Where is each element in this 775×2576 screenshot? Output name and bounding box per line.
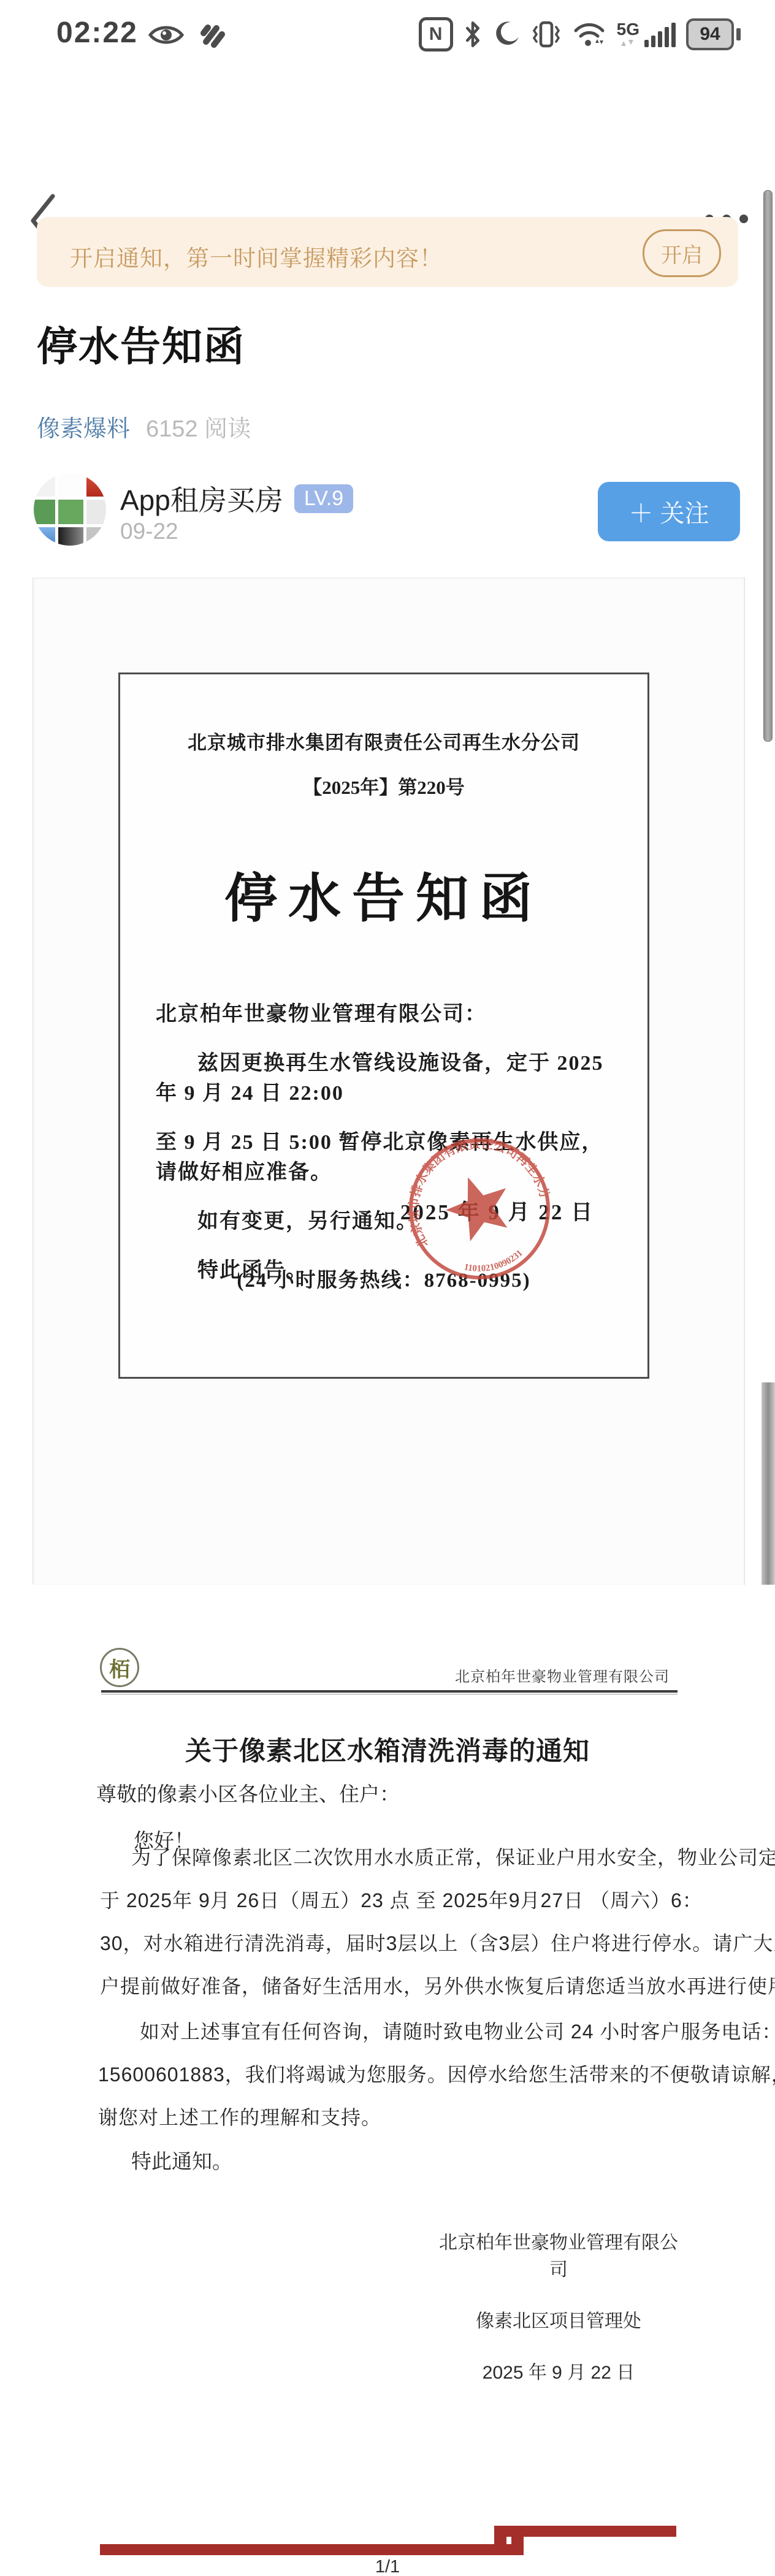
doc2-para-line: 户提前做好准备，储备好生活用水，另外供水恢复后请您适当放水再进行使用。 <box>100 1971 775 1999</box>
author-name[interactable]: App租房买房 <box>120 478 283 519</box>
notice-photo[interactable]: 北京城市排水集团有限责任公司再生水分公司 【2025年】第220号 停水告知函 … <box>32 577 745 1585</box>
clock: 02:22 <box>56 16 138 50</box>
read-count: 6152 阅读 <box>146 410 251 443</box>
property-logo: 栢 <box>100 1648 139 1687</box>
doc1-body-line: 兹因更换再生水管线设施设备，定于 2025 年 9 月 24 日 22:00 <box>156 1046 612 1106</box>
doc2-para-line: 为了保障像素北区二次饮用水水质正常，保证业户用水安全，物业公司定 <box>131 1842 775 1870</box>
level-badge: LV.9 <box>294 484 353 513</box>
signature-line: 2025 年 9 月 22 日 <box>439 2357 678 2384</box>
signature-block: 北京柏年世豪物业管理有限公司 像素北区项目管理处 2025 年 9 月 22 日 <box>439 2227 678 2409</box>
eye-protection-icon <box>148 23 184 47</box>
dot-icon <box>739 215 748 223</box>
doc2-closing: 特此通知。 <box>131 2146 232 2174</box>
health-heart-icon <box>197 22 226 48</box>
status-icons-left <box>148 22 226 48</box>
letterhead-rule <box>101 1690 678 1694</box>
signature-line: 像素北区项目管理处 <box>439 2306 678 2333</box>
doc2-para-line: 于 2025年 9月 26日（周五）23 点 至 2025年9月27日 （周六）… <box>100 1885 703 1913</box>
doc2-para-line: 30，对水箱进行清洗消毒，届时3层以上（含3层）住户将进行停水。请广大业 <box>100 1928 775 1956</box>
notification-banner: 开启通知，第一时间掌握精彩内容！ 开启 <box>37 217 738 287</box>
night-mode-moon-icon <box>492 20 521 48</box>
doc1-title: 停水告知函 <box>156 856 612 932</box>
letterhead-company: 北京柏年世豪物业管理有限公司 <box>455 1664 670 1686</box>
source-row: 像素爆料 6152 阅读 <box>37 410 251 443</box>
battery-indicator: 94 <box>686 18 741 50</box>
doc2-para-line: 如对上述事宜有任何咨询，请随时致电物业公司 24 小时客户服务电话： <box>140 2016 775 2044</box>
author-row: App租房买房 LV.9 <box>120 478 353 519</box>
doc2-para-line: 15600601883，我们将竭诚为您服务。因停水给您生活带来的不便敬请谅解，感 <box>98 2059 775 2087</box>
screen: 02:22 N <box>0 0 775 2576</box>
follow-button[interactable]: ＋ 关注 <box>598 482 740 541</box>
doc1-company-line: 北京城市排水集团有限责任公司再生水分公司 <box>156 727 612 755</box>
data-arrows-icon <box>620 39 636 47</box>
source-link[interactable]: 像素爆料 <box>37 410 130 443</box>
post-date: 09-22 <box>120 519 178 544</box>
doc1-hotline: (24 小时服务热线：8768-0995) <box>120 1264 647 1293</box>
bluetooth-icon <box>464 20 482 49</box>
signature-line: 北京柏年世豪物业管理有限公司 <box>439 2227 678 2281</box>
official-seal: 北京城市排水集团有限责任公司再生水分公司 11010210090231 <box>397 1127 562 1291</box>
avatar[interactable] <box>34 473 106 546</box>
doc1-recipient: 北京柏年世豪物业管理有限公司： <box>156 997 612 1027</box>
wifi-icon <box>572 20 606 49</box>
nfc-icon: N <box>419 17 453 51</box>
page-title: 停水告知函 <box>37 314 245 372</box>
doc2-salutation: 尊敬的像素小区各位业主、住户： <box>96 1778 400 1807</box>
scrollbar-thumb[interactable] <box>763 190 773 742</box>
network-type-label: 5G <box>617 21 639 37</box>
signal-bars-icon <box>644 23 676 47</box>
banner-message: 开启通知，第一时间掌握精彩内容！ <box>70 240 443 273</box>
signal-5g-indicator: 5G <box>617 21 676 47</box>
notice-scan[interactable]: 栢 北京柏年世豪物业管理有限公司 关于像素北区水箱清洗消毒的通知 尊敬的像素小区… <box>0 1585 775 2576</box>
battery-nub-icon <box>736 28 741 40</box>
status-icons-right: N <box>419 12 741 56</box>
status-bar: 02:22 N <box>0 0 775 69</box>
doc2-title: 关于像素北区水箱清洗消毒的通知 <box>0 1731 775 1768</box>
page-indicator: 1/1 <box>0 2557 775 2576</box>
notice-page: 北京城市排水集团有限责任公司再生水分公司 【2025年】第220号 停水告知函 … <box>118 673 649 1379</box>
vibrate-icon <box>531 20 562 49</box>
doc2-para-line: 谢您对上述工作的理解和支持。 <box>98 2102 381 2130</box>
battery-level: 94 <box>686 18 734 50</box>
doc1-issue-number: 【2025年】第220号 <box>156 772 612 799</box>
enable-notifications-button[interactable]: 开启 <box>643 229 721 277</box>
